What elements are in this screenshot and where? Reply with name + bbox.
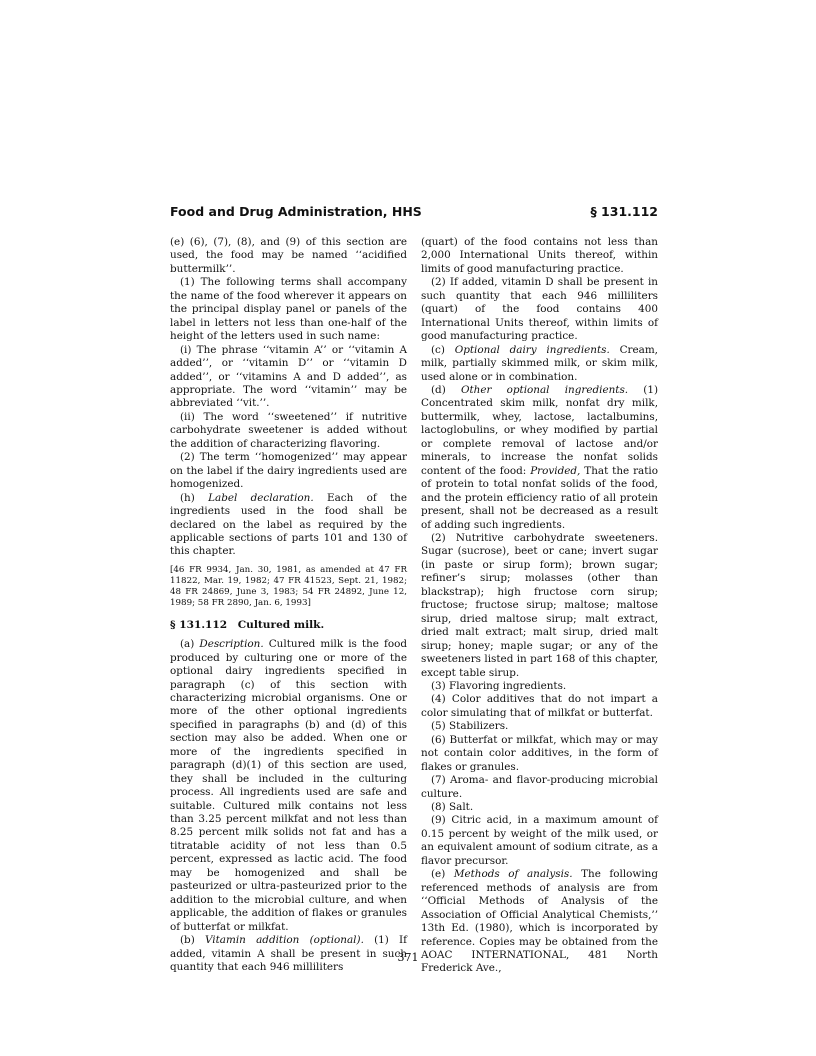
body-paragraph: (a) Description. Cultured milk is the fo… xyxy=(170,638,407,934)
body-paragraph: (6) Butterfat or milkfat, which may or m… xyxy=(421,734,658,774)
running-header-title: Food and Drug Administration, HHS xyxy=(170,204,422,219)
body-paragraph: (quart) of the food contains not less th… xyxy=(421,236,658,276)
section-heading: § 131.112 Cultured milk. xyxy=(170,619,407,632)
body-paragraph: (7) Aroma- and flavor-producing microbia… xyxy=(421,774,658,801)
body-paragraph: (4) Color additives that do not impart a… xyxy=(421,693,658,720)
text-columns: (e) (6), (7), (8), and (9) of this secti… xyxy=(170,236,658,976)
body-paragraph: (9) Citric acid, in a maximum amount of … xyxy=(421,814,658,868)
body-paragraph: (d) Other optional ingredients. (1) Conc… xyxy=(421,384,658,532)
right-column: (quart) of the food contains not less th… xyxy=(421,236,658,976)
body-paragraph: (ii) The word ‘‘sweetened’’ if nutritive… xyxy=(170,411,407,451)
body-paragraph: (e) (6), (7), (8), and (9) of this secti… xyxy=(170,236,407,276)
page-content: Food and Drug Administration, HHS § 131.… xyxy=(170,204,658,976)
body-paragraph: (3) Flavoring ingredients. xyxy=(421,680,658,693)
running-header: Food and Drug Administration, HHS § 131.… xyxy=(170,204,658,219)
document-page: Food and Drug Administration, HHS § 131.… xyxy=(0,0,816,1056)
body-paragraph: (1) The following terms shall accompany … xyxy=(170,276,407,343)
page-number: 371 xyxy=(0,951,816,964)
body-paragraph: (i) The phrase ‘‘vitamin A’’ or ‘‘vitami… xyxy=(170,344,407,411)
body-paragraph: (c) Optional dairy ingredients. Cream, m… xyxy=(421,344,658,384)
body-paragraph: (2) If added, vitamin D shall be present… xyxy=(421,276,658,343)
body-paragraph: (5) Stabilizers. xyxy=(421,720,658,733)
running-header-section: § 131.112 xyxy=(590,204,658,219)
body-paragraph: (2) Nutritive carbohydrate sweeteners. S… xyxy=(421,532,658,680)
body-paragraph: (2) The term ‘‘homogenized’’ may appear … xyxy=(170,451,407,491)
citation-note: [46 FR 9934, Jan. 30, 1981, as amended a… xyxy=(170,565,407,610)
left-column: (e) (6), (7), (8), and (9) of this secti… xyxy=(170,236,407,976)
body-paragraph: (8) Salt. xyxy=(421,801,658,814)
body-paragraph: (h) Label declaration. Each of the ingre… xyxy=(170,492,407,559)
